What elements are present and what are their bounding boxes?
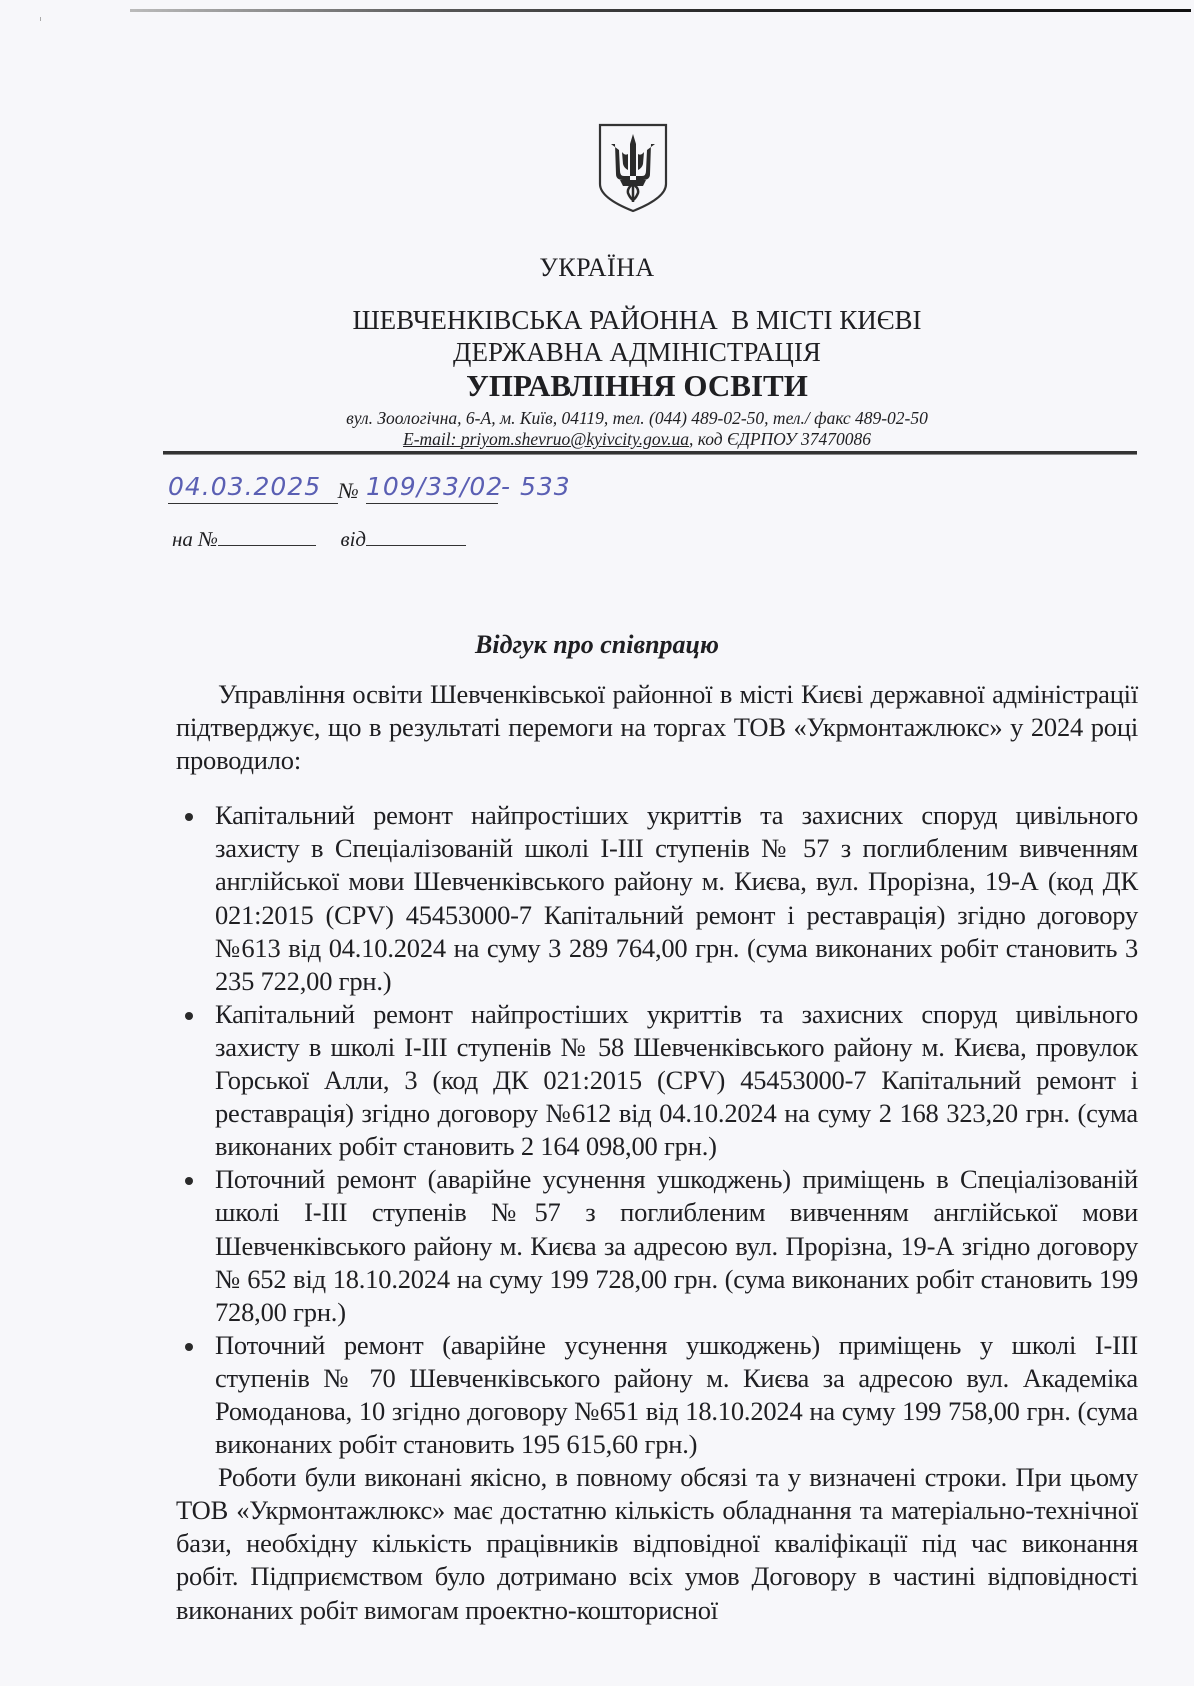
works-list: Капітальний ремонт найпростіших укриттів…: [176, 799, 1138, 1461]
from-label: від: [340, 527, 366, 551]
email-label: E-mail:: [403, 429, 461, 449]
document-title: Відгук про співпрацю: [0, 630, 1194, 660]
country-heading: УКРАЇНА: [0, 253, 1194, 283]
email-link[interactable]: priyom.shevruo@kyivcity.gov.ua: [461, 429, 689, 449]
ukraine-trident-emblem-icon: [597, 122, 669, 214]
list-item-text: Поточний ремонт (аварійне усунення ушкод…: [215, 1164, 1138, 1326]
department-heading: УПРАВЛІННЯ ОСВІТИ: [40, 368, 1194, 404]
reply-reference-line: на № від: [172, 527, 466, 552]
list-item-text: Капітальний ремонт найпростіших укриттів…: [215, 999, 1138, 1161]
handwritten-reg-number: 109/33/02: [366, 472, 498, 504]
handwritten-date: 04.03.2025: [168, 472, 338, 504]
reply-to-label: на №: [172, 527, 218, 551]
letterhead-divider-thin: [163, 454, 1137, 455]
list-item: Поточний ремонт (аварійне усунення ушкод…: [176, 1163, 1138, 1328]
edrpou-code: , код ЄДРПОУ 37470086: [689, 429, 871, 449]
conclusion-paragraph: Роботи були виконані якісно, в повному о…: [176, 1461, 1138, 1626]
reply-to-blank: [218, 527, 316, 546]
list-item: Капітальний ремонт найпростіших укриттів…: [176, 998, 1138, 1163]
scanned-letter-page: УКРАЇНА ШЕВЧЕНКІВСЬКА РАЙОННА В МІСТІ КИ…: [0, 0, 1194, 1686]
list-item-text: Капітальний ремонт найпростіших укриттів…: [215, 800, 1138, 995]
from-blank: [366, 527, 466, 546]
bullet-icon: [185, 813, 193, 821]
bullet-icon: [185, 1012, 193, 1020]
bullet-icon: [185, 1343, 193, 1351]
list-item-text: Поточний ремонт (аварійне усунення ушкод…: [215, 1330, 1138, 1459]
intro-paragraph: Управління освіти Шевченківської районно…: [176, 678, 1138, 777]
number-label: №: [338, 478, 359, 504]
address-line: вул. Зоологічна, 6-А, м. Київ, 04119, те…: [40, 408, 1194, 429]
organization-line-2: ДЕРЖАВНА АДМІНІСТРАЦІЯ: [40, 337, 1194, 368]
scan-top-edge-shadow: [130, 9, 1191, 12]
list-item: Поточний ремонт (аварійне усунення ушкод…: [176, 1329, 1138, 1461]
organization-line-1: ШЕВЧЕНКІВСЬКА РАЙОННА В МІСТІ КИЄВІ: [40, 305, 1194, 336]
scan-mark: [40, 17, 41, 21]
list-item: Капітальний ремонт найпростіших укриттів…: [176, 799, 1138, 998]
contact-line: E-mail: priyom.shevruo@kyivcity.gov.ua, …: [40, 429, 1194, 450]
document-body: Управління освіти Шевченківської районно…: [176, 678, 1138, 1627]
bullet-icon: [185, 1177, 193, 1185]
handwritten-reg-suffix: - 533: [501, 472, 571, 501]
